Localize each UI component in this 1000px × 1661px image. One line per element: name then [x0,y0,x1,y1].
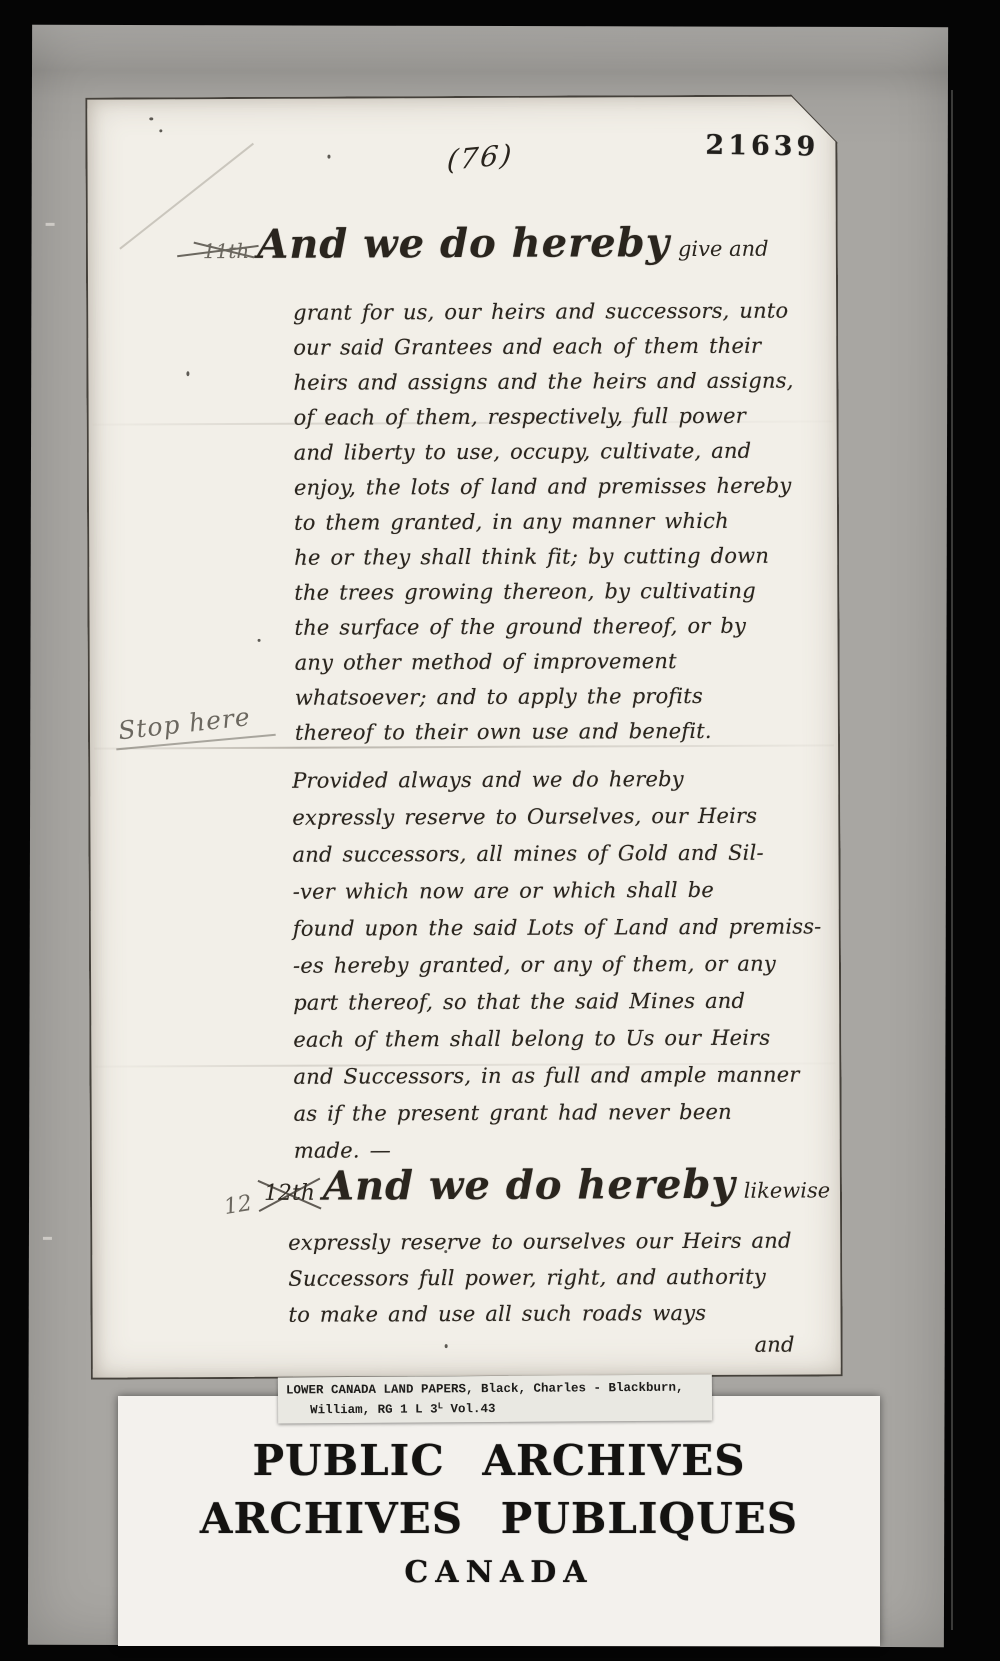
manuscript-line: of each of them, respectively, full powe… [294,398,854,435]
manuscript-line: each of them shall belong to Us our Heir… [293,1019,859,1058]
film-edge-line [951,90,953,1630]
clause-12-opening-tail: likewise [744,1180,831,1201]
proviso-paragraph: Provided always and we do herebyexpressl… [292,760,860,1169]
manuscript-line: the trees growing thereon, by cultivatin… [294,573,854,610]
manuscript-line: part thereof, so that the said Mines and [293,982,859,1021]
clause-11-opening-tail: give and [678,239,769,260]
manuscript-line: found upon the said Lots of Land and pre… [293,908,859,947]
clause-11-opening-script: And we do hereby [257,221,670,267]
manuscript-line: and successors, all mines of Gold and Si… [292,834,858,873]
manuscript-line: enjoy, the lots of land and premisses he… [294,468,854,505]
margin-note: Stop here [117,704,252,743]
archives-title-fr: ARCHIVES PUBLIQUES [200,1494,798,1542]
ink-speck [258,639,261,642]
clause-12-pencil-marker: 12 [222,1193,253,1219]
film-registration-tick [43,1237,52,1240]
manuscript-line: to make and use all such roads ways [288,1294,868,1333]
ink-speck [444,1250,447,1253]
clause-11-opening: 11th And we do hereby give and [203,221,769,267]
manuscript-line: Provided always and we do hereby [292,760,858,799]
photostat-frame: PUBLIC ARCHIVES ARCHIVES PUBLIQUES CANAD… [0,0,1000,1661]
manuscript-line: any other method of improvement [295,643,855,680]
clause-11-pencil-marker: 11th [203,241,249,261]
manuscript-line: whatsoever; and to apply the profits [295,678,855,715]
film-registration-tick [46,223,55,226]
manuscript-line: thereof to their own use and benefit. [295,713,855,750]
manuscript-line: grant for us, our heirs and successors, … [293,293,853,330]
manuscript-line: our said Grantees and each of them their [293,328,853,365]
manuscript-line: he or they shall think fit; by cutting d… [294,538,854,575]
clause-12-opening-script: And we do hereby [323,1163,736,1209]
manuscript-line: to them granted, in any manner which [294,503,854,540]
catalog-label-line2: William, RG 1 L 3L Vol.43 [286,1397,704,1420]
manuscript-page: (76) 21639 11th And we do hereby give an… [85,94,843,1379]
clause-11-paragraph: grant for us, our heirs and successors, … [293,293,855,750]
archives-title-en: PUBLIC ARCHIVES [252,1436,745,1484]
clause-12-paragraph: expressly reserve to ourselves our Heirs… [288,1222,868,1333]
archives-country: CANADA [404,1552,593,1592]
page-number: (76) [446,141,515,175]
ink-speck [159,129,162,132]
ink-speck [186,371,189,376]
clause-12-opening: 12 12th And we do hereby likewise [220,1162,830,1209]
manuscript-line: and liberty to use, occupy, cultivate, a… [294,433,854,470]
manuscript-line: heirs and assigns and the heirs and assi… [293,363,853,400]
archive-stamp-number: 21639 [705,132,819,161]
manuscript-line: the surface of the ground thereof, or by [294,608,854,645]
manuscript-line: -ver which now are or which shall be [293,871,859,910]
catchword: and [93,1335,795,1359]
manuscript-line: as if the present grant had never been [294,1093,860,1132]
catalog-label-line1: LOWER CANADA LAND PAPERS, Black, Charles… [286,1380,704,1400]
archives-card: PUBLIC ARCHIVES ARCHIVES PUBLIQUES CANAD… [118,1396,880,1646]
ink-speck [445,1344,448,1348]
ink-speck [149,117,153,120]
manuscript-line: Successors full power, right, and author… [288,1258,868,1297]
manuscript-line: and Successors, in as full and ample man… [293,1056,859,1095]
ink-speck [327,155,330,159]
catalog-label: LOWER CANADA LAND PAPERS, Black, Charles… [278,1374,712,1423]
manuscript-line: -es hereby granted, or any of them, or a… [293,945,859,984]
manuscript-line: expressly reserve to ourselves our Heirs… [288,1222,868,1261]
manuscript-line: expressly reserve to Ourselves, our Heir… [292,797,858,836]
clause-12-ink-marker: 12th [264,1183,315,1205]
